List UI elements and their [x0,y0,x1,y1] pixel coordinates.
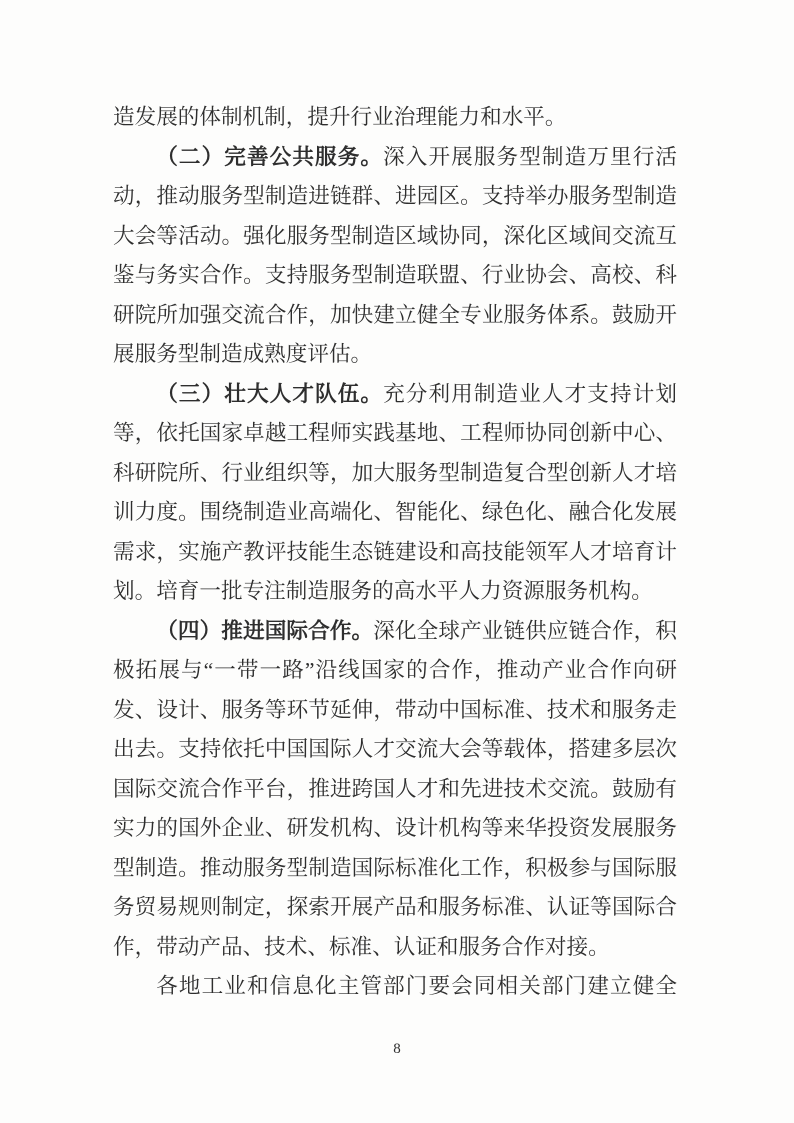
paragraph-text: 造发展的体制机制，提升行业治理能力和水平。 [113,105,566,129]
section-heading-2: （二）完善公共服务。 [156,145,383,169]
paragraph-text: 深化全球产业链供应链合作，积极拓展与“一带一路”沿线国家的合作，推动产业合作向研… [113,619,677,959]
document-page: 造发展的体制机制，提升行业治理能力和水平。 （二）完善公共服务。深入开展服务型制… [0,0,794,1123]
section-heading-3: （三）壮大人才队伍。 [156,382,383,406]
document-body: 造发展的体制机制，提升行业治理能力和水平。 （二）完善公共服务。深入开展服务型制… [113,98,677,1007]
paragraph-section-3: （三）壮大人才队伍。充分利用制造业人才支持计划等，依托国家卓越工程师实践基地、工… [113,375,677,612]
paragraph-text: 深入开展服务型制造万里行活动，推动服务型制造进链群、进园区。支持举办服务型制造大… [113,145,677,367]
section-heading-4: （四）推进国际合作。 [156,619,373,643]
paragraph-section-2: （二）完善公共服务。深入开展服务型制造万里行活动，推动服务型制造进链群、进园区。… [113,138,677,375]
paragraph-section-4: （四）推进国际合作。深化全球产业链供应链合作，积极拓展与“一带一路”沿线国家的合… [113,612,677,968]
paragraph-closing: 各地工业和信息化主管部门要会同相关部门建立健全 [113,967,677,1007]
paragraph-continuation: 造发展的体制机制，提升行业治理能力和水平。 [113,98,677,138]
paragraph-text: 充分利用制造业人才支持计划等，依托国家卓越工程师实践基地、工程师协同创新中心、科… [113,382,677,604]
page-number: 8 [0,1040,794,1058]
paragraph-text: 各地工业和信息化主管部门要会同相关部门建立健全 [156,974,677,998]
